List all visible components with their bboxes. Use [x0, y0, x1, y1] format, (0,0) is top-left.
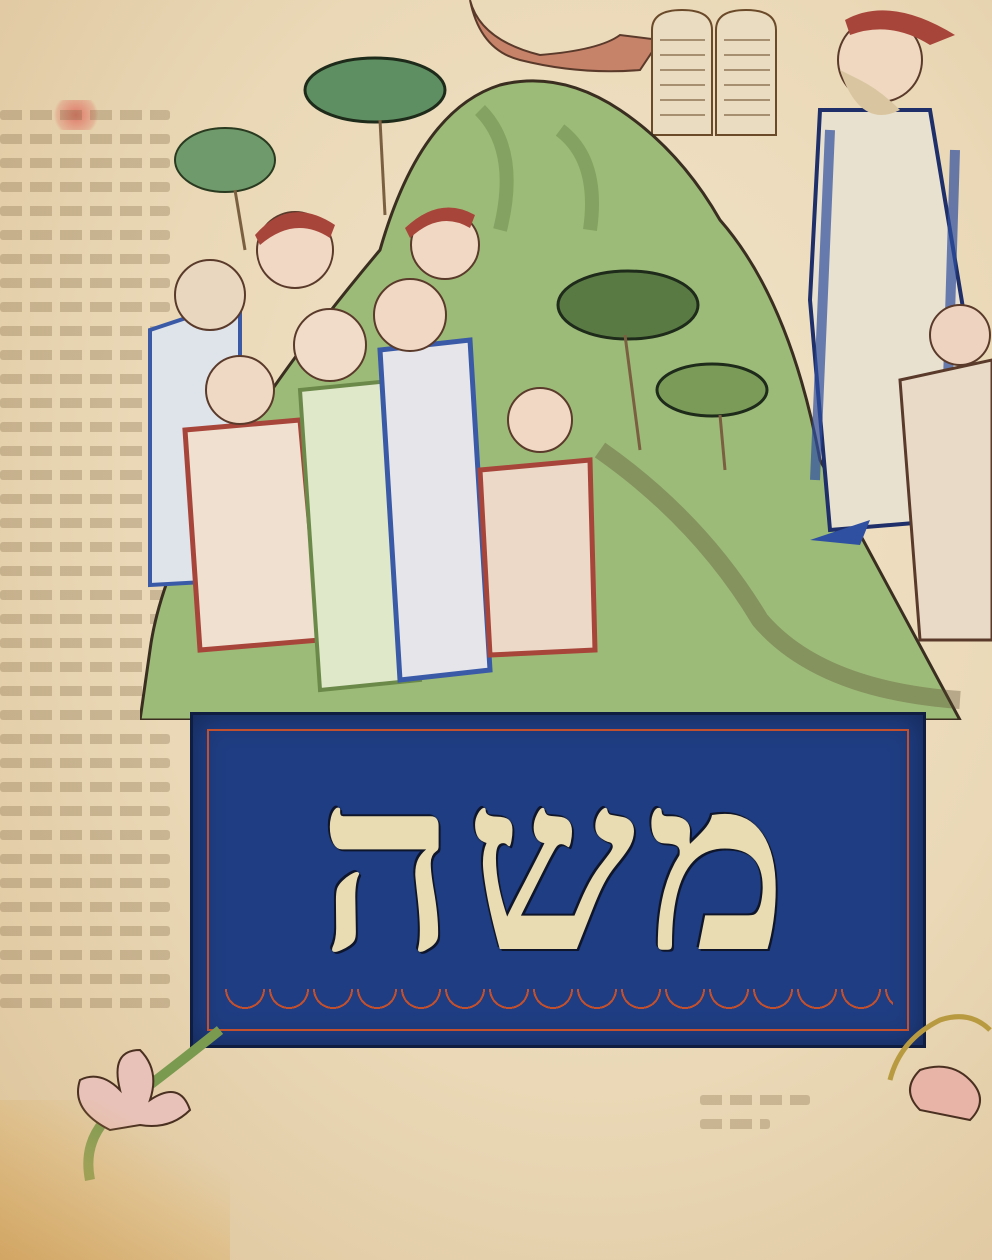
sinai-scene-illustration	[140, 0, 992, 720]
decorated-initial-word-panel: משה	[190, 712, 926, 1048]
tablets-icon	[652, 10, 776, 135]
divine-cloud	[470, 0, 660, 71]
faded-caption-text	[700, 1095, 810, 1125]
manuscript-page: משה	[0, 0, 992, 1260]
scallop-ornament	[223, 989, 893, 1019]
water-stain	[0, 1100, 230, 1260]
acanthus-leaf-icon	[880, 1000, 992, 1130]
gold-initial-word: משה	[193, 725, 923, 1005]
